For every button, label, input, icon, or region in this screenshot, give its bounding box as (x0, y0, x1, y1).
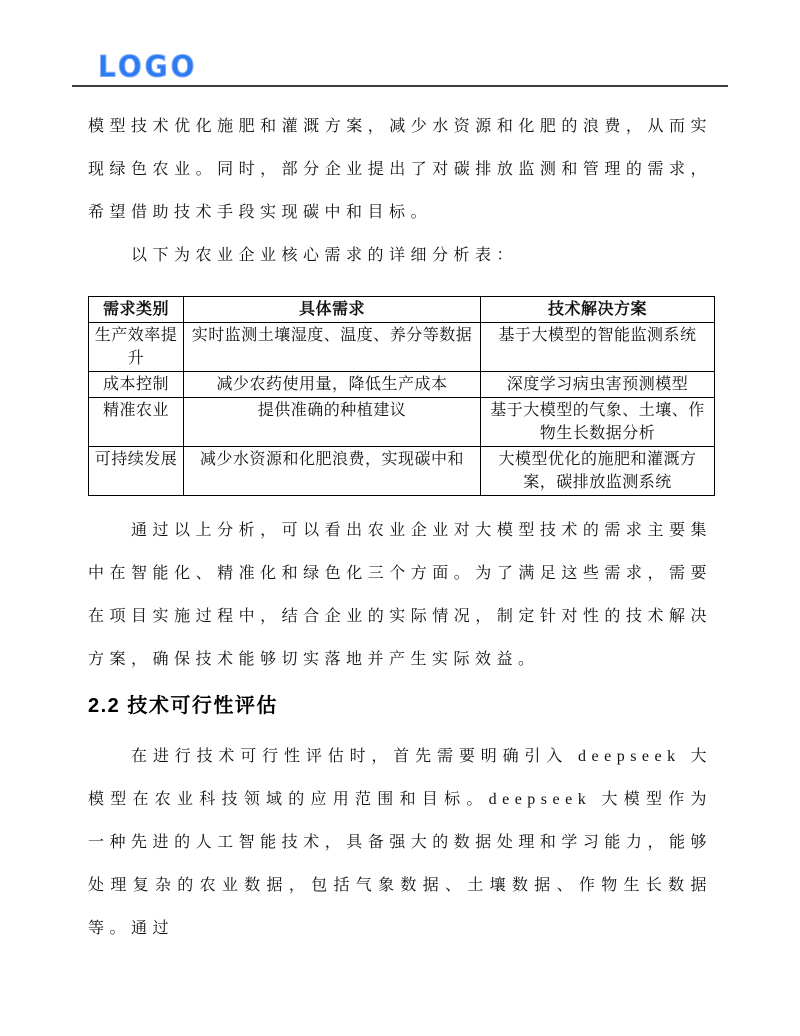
table-row: 可持续发展 减少水资源和化肥浪费，实现碳中和 大模型优化的施肥和灌溉方案，碳排放… (89, 447, 715, 496)
table-cell: 精准农业 (89, 398, 184, 447)
page-content: 模型技术优化施肥和灌溉方案，减少水资源和化肥的浪费，从而实现绿色农业。同时，部分… (0, 105, 800, 950)
document-page: LOGO 模型技术优化施肥和灌溉方案，减少水资源和化肥的浪费，从而实现绿色农业。… (0, 0, 800, 1036)
table-cell: 生产效率提升 (89, 323, 184, 372)
paragraph-table-intro: 以下为农业企业核心需求的详细分析表： (88, 234, 712, 277)
paragraph-feasibility: 在进行技术可行性评估时，首先需要明确引入 deepseek 大模型在农业科技领域… (88, 735, 712, 950)
table-header-requirement-category: 需求类别 (89, 297, 184, 323)
page-header: LOGO (0, 0, 800, 87)
header-divider (72, 85, 728, 87)
table-cell: 大模型优化的施肥和灌溉方案，碳排放监测系统 (481, 447, 715, 496)
table-row: 成本控制 减少农药使用量，降低生产成本 深度学习病虫害预测模型 (89, 372, 715, 398)
table-header-specific-requirement: 具体需求 (184, 297, 481, 323)
table-cell: 可持续发展 (89, 447, 184, 496)
logo: LOGO (98, 51, 197, 83)
table-cell: 减少水资源和化肥浪费，实现碳中和 (184, 447, 481, 496)
requirements-table: 需求类别 具体需求 技术解决方案 生产效率提升 实时监测土壤湿度、温度、养分等数… (88, 296, 715, 496)
paragraph-carryover: 模型技术优化施肥和灌溉方案，减少水资源和化肥的浪费，从而实现绿色农业。同时，部分… (88, 105, 712, 234)
table-cell: 基于大模型的智能监测系统 (481, 323, 715, 372)
table-cell: 基于大模型的气象、土壤、作物生长数据分析 (481, 398, 715, 447)
section-heading-2-2: 2.2 技术可行性评估 (88, 692, 712, 720)
table-cell: 成本控制 (89, 372, 184, 398)
table-header-technical-solution: 技术解决方案 (481, 297, 715, 323)
table-cell: 实时监测土壤湿度、温度、养分等数据 (184, 323, 481, 372)
table-header-row: 需求类别 具体需求 技术解决方案 (89, 297, 715, 323)
table-row: 精准农业 提供准确的种植建议 基于大模型的气象、土壤、作物生长数据分析 (89, 398, 715, 447)
table-row: 生产效率提升 实时监测土壤湿度、温度、养分等数据 基于大模型的智能监测系统 (89, 323, 715, 372)
table-cell: 减少农药使用量，降低生产成本 (184, 372, 481, 398)
table-cell: 提供准确的种植建议 (184, 398, 481, 447)
paragraph-analysis-summary: 通过以上分析，可以看出农业企业对大模型技术的需求主要集中在智能化、精准化和绿色化… (88, 509, 712, 681)
table-cell: 深度学习病虫害预测模型 (481, 372, 715, 398)
